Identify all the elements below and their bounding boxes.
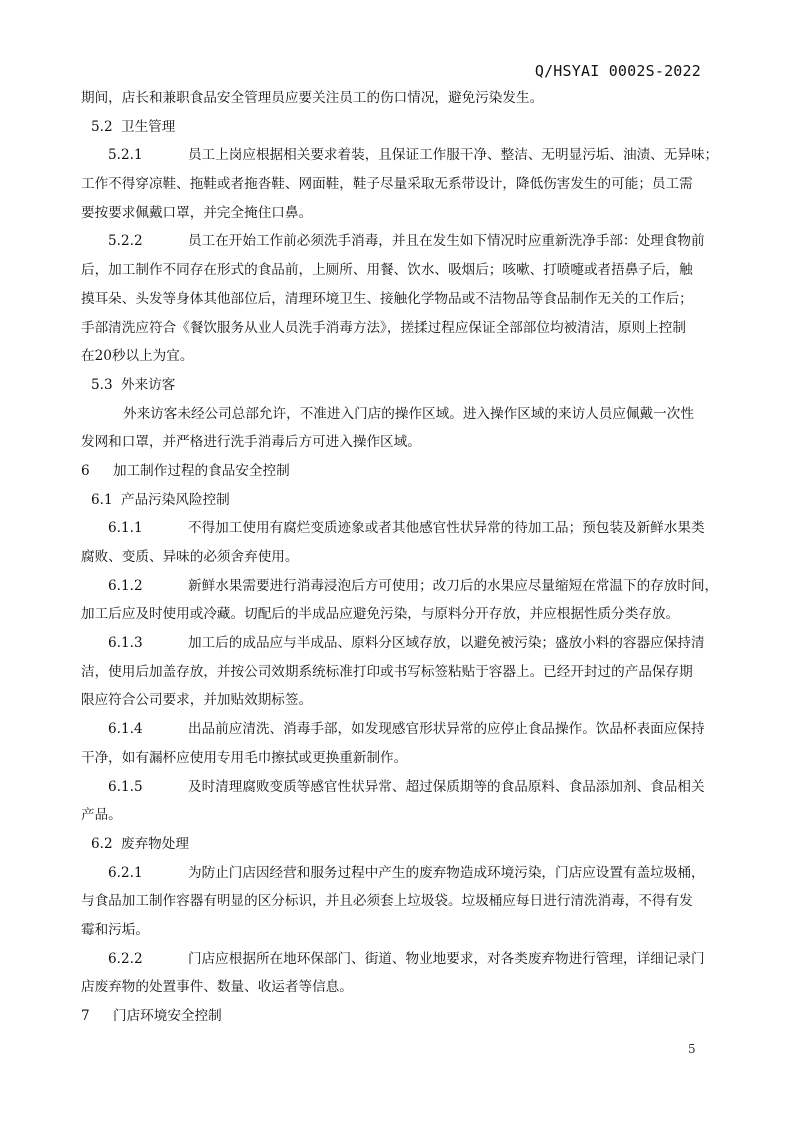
clause-number: 6.2.2 (81, 945, 166, 974)
clause-text: 不得加工使用有腐烂变质迹象或者其他感官性状异常的待加工品；预包装及新鲜水果类 (166, 520, 705, 536)
document-code-header: Q/HSYAI 0002S-2022 (535, 62, 701, 80)
body-text-line: 限应符合公司要求，并加贴效期标签。 (81, 686, 711, 715)
clause-6-2-1: 6.2.1为防止门店因经营和服务过程中产生的废弃物造成环境污染，门店应设置有盖垃… (81, 859, 711, 888)
chapter-title: 加工制作过程的食品安全控制 (113, 463, 290, 479)
clause-number: 6.1.5 (81, 773, 166, 802)
section-number: 5.2 (81, 113, 121, 142)
clause-text: 员工上岗应根据相关要求着装，且保证工作服干净、整洁、无明显污垢、油渍、无异味； (166, 147, 718, 163)
line-text: 发网和口罩，并严格进行洗手消毒后方可进入操作区域。 (81, 434, 421, 450)
chapter-number: 6 (81, 457, 113, 486)
section-title: 外来访客 (121, 377, 175, 393)
line-text: 洁，使用后加盖存放，并按公司效期系统标准打印或书写标签粘贴于容器上。已经开封过的… (81, 664, 693, 680)
section-number: 6.1 (81, 486, 121, 515)
chapter-number: 7 (81, 1002, 113, 1031)
line-text: 干净，如有漏杯应使用专用毛巾擦拭或更换重新制作。 (81, 750, 407, 766)
clause-number: 6.2.1 (81, 859, 166, 888)
section-heading-5-2: 5.2卫生管理 (81, 113, 711, 142)
clause-number: 6.1.3 (81, 629, 166, 658)
line-text: 限应符合公司要求，并加贴效期标签。 (81, 692, 312, 708)
clause-5-2-2: 5.2.2员工在开始工作前必须洗手消毒，并且在发生如下情况时应重新洗净手部：处理… (81, 227, 711, 256)
body-text-line: 发网和口罩，并严格进行洗手消毒后方可进入操作区域。 (81, 428, 711, 457)
section-heading-6-2: 6.2废弃物处理 (81, 830, 711, 859)
section-number: 6.2 (81, 830, 121, 859)
line-text: 在20秒以上为宜。 (81, 348, 193, 364)
body-text-line: 期间，店长和兼职食品安全管理员应要关注员工的伤口情况，避免污染发生。 (81, 84, 711, 113)
line-text: 霉和污垢。 (81, 922, 149, 938)
document-body: 期间，店长和兼职食品安全管理员应要关注员工的伤口情况，避免污染发生。 5.2卫生… (81, 84, 711, 1031)
line-text: 手部清洗应符合《餐饮服务从业人员洗手消毒方法》，搓揉过程应保证全部部位均被清洁，… (81, 320, 686, 336)
clause-number: 6.1.1 (81, 514, 166, 543)
clause-6-1-1: 6.1.1不得加工使用有腐烂变质迹象或者其他感官性状异常的待加工品；预包装及新鲜… (81, 514, 711, 543)
chapter-heading-7: 7门店环境安全控制 (81, 1002, 711, 1031)
clause-6-2-2: 6.2.2门店应根据所在地环保部门、街道、物业地要求，对各类废弃物进行管理，详细… (81, 945, 711, 974)
line-text: 摸耳朵、头发等身体其他部位后，清理环境卫生、接触化学物品或不洁物品等食品制作无关… (81, 291, 693, 307)
line-text: 后，加工制作不同存在形式的食品前，上厕所、用餐、饮水、吸烟后；咳嗽、打喷嚏或者捂… (81, 262, 693, 278)
clause-6-1-2: 6.1.2新鲜水果需要进行消毒浸泡后方可使用；改刀后的水果应尽量缩短在常温下的存… (81, 572, 711, 601)
clause-text: 及时清理腐败变质等感官性状异常、超过保质期等的食品原料、食品添加剂、食品相关 (166, 779, 705, 795)
line-text: 工作不得穿凉鞋、拖鞋或者拖沓鞋、网面鞋，鞋子尽量采取无系带设计，降低伤害发生的可… (81, 176, 693, 192)
clause-number: 6.1.2 (81, 572, 166, 601)
clause-text: 门店应根据所在地环保部门、街道、物业地要求，对各类废弃物进行管理，详细记录门 (166, 951, 705, 967)
line-text: 外来访客未经公司总部允许，不准进入门店的操作区域。进入操作区域的来访人员应佩戴一… (123, 406, 694, 422)
clause-number: 5.2.1 (81, 141, 166, 170)
line-text: 产品。 (81, 807, 122, 823)
body-text-line: 工作不得穿凉鞋、拖鞋或者拖沓鞋、网面鞋，鞋子尽量采取无系带设计，降低伤害发生的可… (81, 170, 711, 199)
body-text-line: 店废弃物的处置事件、数量、收运者等信息。 (81, 973, 711, 1002)
clause-number: 5.2.2 (81, 227, 166, 256)
body-text-line: 产品。 (81, 801, 711, 830)
section-heading-6-1: 6.1产品污染风险控制 (81, 486, 711, 515)
clause-text: 新鲜水果需要进行消毒浸泡后方可使用；改刀后的水果应尽量缩短在常温下的存放时间， (166, 578, 718, 594)
body-text-line: 与食品加工制作容器有明显的区分标识，并且必须套上垃圾袋。垃圾桶应每日进行清洗消毒… (81, 887, 711, 916)
line-text: 店废弃物的处置事件、数量、收运者等信息。 (81, 979, 353, 995)
body-text-line: 腐败、变质、异味的必须舍弃使用。 (81, 543, 711, 572)
section-number: 5.3 (81, 371, 121, 400)
body-text-line: 摸耳朵、头发等身体其他部位后，清理环境卫生、接触化学物品或不洁物品等食品制作无关… (81, 285, 711, 314)
section-title: 产品污染风险控制 (121, 492, 230, 508)
line-text: 与食品加工制作容器有明显的区分标识，并且必须套上垃圾袋。垃圾桶应每日进行清洗消毒… (81, 893, 693, 909)
line-text: 加工后应及时使用或冷藏。切配后的半成品应避免污染，与原料分开存放，并应根据性质分… (81, 606, 679, 622)
clause-text: 出品前应清洗、消毒手部，如发现感官形状异常的应停止食品操作。饮品杯表面应保持 (166, 721, 705, 737)
section-heading-5-3: 5.3外来访客 (81, 371, 711, 400)
clause-6-1-3: 6.1.3加工后的成品应与半成品、原料分区域存放，以避免被污染；盛放小料的容器应… (81, 629, 711, 658)
body-text-line: 洁，使用后加盖存放，并按公司效期系统标准打印或书写标签粘贴于容器上。已经开封过的… (81, 658, 711, 687)
body-text-line: 在20秒以上为宜。 (81, 342, 711, 371)
line-text: 腐败、变质、异味的必须舍弃使用。 (81, 549, 299, 565)
clause-5-2-1: 5.2.1员工上岗应根据相关要求着装，且保证工作服干净、整洁、无明显污垢、油渍、… (81, 141, 711, 170)
body-text-line: 干净，如有漏杯应使用专用毛巾擦拭或更换重新制作。 (81, 744, 711, 773)
body-text-line: 加工后应及时使用或冷藏。切配后的半成品应避免污染，与原料分开存放，并应根据性质分… (81, 600, 711, 629)
section-title: 卫生管理 (121, 119, 175, 135)
clause-text: 为防止门店因经营和服务过程中产生的废弃物造成环境污染，门店应设置有盖垃圾桶， (166, 865, 705, 881)
clause-text: 加工后的成品应与半成品、原料分区域存放，以避免被污染；盛放小料的容器应保持清 (166, 635, 705, 651)
clause-number: 6.1.4 (81, 715, 166, 744)
body-text-line: 手部清洗应符合《餐饮服务从业人员洗手消毒方法》，搓揉过程应保证全部部位均被清洁，… (81, 314, 711, 343)
body-text-line: 要按要求佩戴口罩，并完全掩住口鼻。 (81, 199, 711, 228)
section-title: 废弃物处理 (121, 836, 189, 852)
paragraph-first-line: 外来访客未经公司总部允许，不准进入门店的操作区域。进入操作区域的来访人员应佩戴一… (81, 400, 711, 429)
line-text: 期间，店长和兼职食品安全管理员应要关注员工的伤口情况，避免污染发生。 (81, 90, 543, 106)
chapter-title: 门店环境安全控制 (113, 1008, 222, 1024)
body-text-line: 霉和污垢。 (81, 916, 711, 945)
chapter-heading-6: 6加工制作过程的食品安全控制 (81, 457, 711, 486)
page-number: 5 (688, 1042, 696, 1056)
body-text-line: 后，加工制作不同存在形式的食品前，上厕所、用餐、饮水、吸烟后；咳嗽、打喷嚏或者捂… (81, 256, 711, 285)
line-text: 要按要求佩戴口罩，并完全掩住口鼻。 (81, 205, 312, 221)
clause-6-1-4: 6.1.4出品前应清洗、消毒手部，如发现感官形状异常的应停止食品操作。饮品杯表面… (81, 715, 711, 744)
clause-text: 员工在开始工作前必须洗手消毒，并且在发生如下情况时应重新洗净手部：处理食物前 (166, 233, 705, 249)
clause-6-1-5: 6.1.5及时清理腐败变质等感官性状异常、超过保质期等的食品原料、食品添加剂、食… (81, 773, 711, 802)
